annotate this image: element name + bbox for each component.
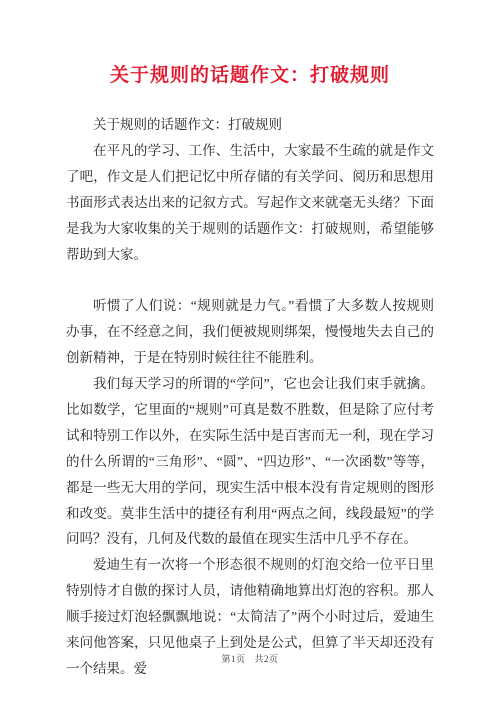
paragraph: 在平凡的学习、工作、生活中，大家最不生疏的就是作文了吧，作文是人们把记忆中所存储… <box>66 138 434 268</box>
paragraph: 我们每天学习的所谓的“学问”，它也会让我们束手就擒。比如数学，它里面的“规则”可… <box>66 371 434 552</box>
total-pages-label: 共2页 <box>255 654 279 664</box>
document-page: 关于规则的话题作文：打破规则 关于规则的话题作文：打破规则在平凡的学习、工作、生… <box>0 0 500 707</box>
page-title: 关于规则的话题作文：打破规则 <box>0 64 500 88</box>
page-footer: 第1页共2页 <box>0 652 500 665</box>
paragraph: 关于规则的话题作文：打破规则 <box>66 112 434 138</box>
paragraph: 听惯了人们说：“规则就是力气。”看惯了大多数人按规则办事，在不经意之间，我们便被… <box>66 293 434 371</box>
document-body: 关于规则的话题作文：打破规则在平凡的学习、工作、生活中，大家最不生疏的就是作文了… <box>66 112 434 682</box>
current-page-label: 第1页 <box>221 654 245 664</box>
